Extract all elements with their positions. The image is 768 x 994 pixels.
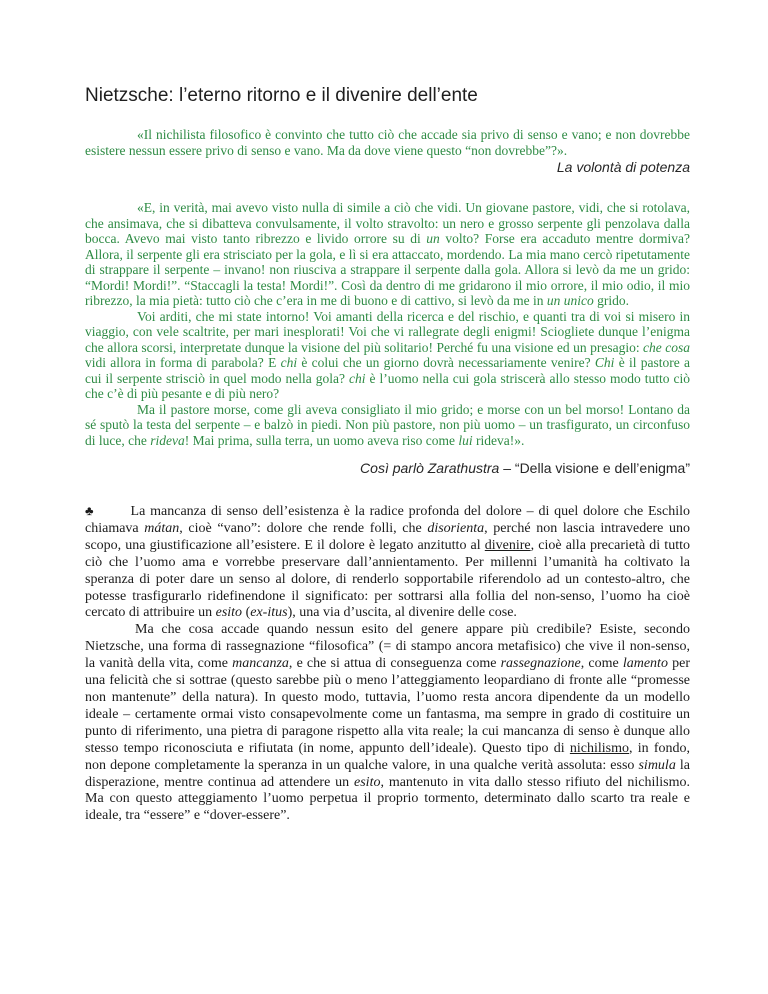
document-page: Nietzsche: l’eterno ritorno e il divenir… bbox=[0, 0, 768, 994]
club-bullet-icon: ♣ bbox=[85, 503, 94, 520]
epigraph-quote: «Il nichilista filosofico è convinto che… bbox=[85, 127, 690, 176]
quote-paragraph-1: «E, in verità, mai avevo visto nulla di … bbox=[85, 200, 690, 309]
epigraph-attribution: La volontà di potenza bbox=[85, 159, 690, 176]
commentary-paragraph-2: Ma che cosa accade quando nessun esito d… bbox=[85, 622, 690, 825]
commentary-paragraph-1-text: La mancanza di senso dell’esistenza è la… bbox=[85, 504, 690, 620]
commentary-section: ♣La mancanza di senso dell’esistenza è l… bbox=[85, 503, 690, 825]
epigraph-paragraph: «Il nichilista filosofico è convinto che… bbox=[85, 127, 690, 158]
quote-paragraph-2: Voi arditi, che mi state intorno! Voi am… bbox=[85, 309, 690, 402]
commentary-paragraph-1: ♣La mancanza di senso dell’esistenza è l… bbox=[85, 503, 690, 622]
zarathustra-attribution: Così parlò Zarathustra – “Della visione … bbox=[85, 460, 690, 477]
quote-paragraph-3: Ma il pastore morse, come gli aveva cons… bbox=[85, 402, 690, 449]
page-title: Nietzsche: l’eterno ritorno e il divenir… bbox=[85, 84, 690, 107]
zarathustra-quote: «E, in verità, mai avevo visto nulla di … bbox=[85, 200, 690, 477]
